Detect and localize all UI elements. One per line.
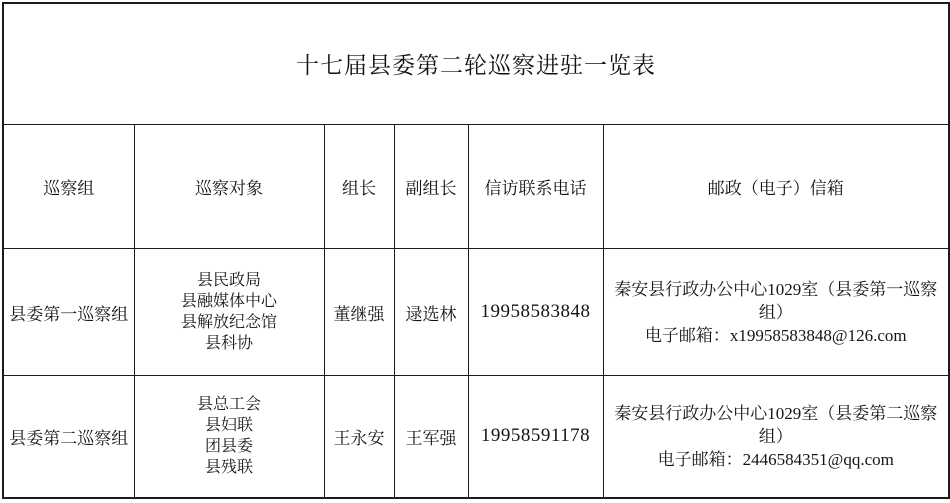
col-header-deputy: 副组长 [394,124,468,249]
target-line: 县民政局 [138,270,321,291]
target-line: 县妇联 [138,415,321,436]
target-line: 县总工会 [138,394,321,415]
col-header-target: 巡察对象 [134,124,324,249]
cell-phone: 19958583848 [468,249,603,376]
cell-group: 县委第一巡察组 [3,249,134,376]
target-line: 县科协 [138,333,321,354]
mailbox-email: 电子邮箱：2446584351@qq.com [607,448,946,471]
target-line: 县残联 [138,457,321,478]
cell-leader: 王永安 [324,375,394,498]
title-row: 十七届县委第二轮巡察进驻一览表 [3,3,949,124]
col-header-group: 巡察组 [3,124,134,249]
page-title: 十七届县委第二轮巡察进驻一览表 [3,3,949,124]
cell-phone: 19958591178 [468,375,603,498]
cell-leader: 董继强 [324,249,394,376]
table-row: 县委第二巡察组 县总工会 县妇联 团县委 县残联 王永安 王军强 1995859… [3,375,949,498]
mailbox-email: 电子邮箱：x19958583848@126.com [607,324,946,347]
cell-targets: 县民政局 县融媒体中心 县解放纪念馆 县科协 [134,249,324,376]
col-header-phone: 信访联系电话 [468,124,603,249]
col-header-mailbox: 邮政（电子）信箱 [603,124,949,249]
col-header-leader: 组长 [324,124,394,249]
inspection-list-document: 十七届县委第二轮巡察进驻一览表 巡察组 巡察对象 组长 副组长 信访联系电话 邮… [0,2,950,503]
mailbox-address: 秦安县行政办公中心1029室（县委第一巡察组） [607,278,946,324]
inspection-table: 十七届县委第二轮巡察进驻一览表 巡察组 巡察对象 组长 副组长 信访联系电话 邮… [2,2,950,499]
target-line: 县融媒体中心 [138,291,321,312]
cell-deputy: 王军强 [394,375,468,498]
cell-targets: 县总工会 县妇联 团县委 县残联 [134,375,324,498]
cell-mailbox: 秦安县行政办公中心1029室（县委第一巡察组） 电子邮箱：x1995858384… [603,249,949,376]
header-row: 巡察组 巡察对象 组长 副组长 信访联系电话 邮政（电子）信箱 [3,124,949,249]
mailbox-address: 秦安县行政办公中心1029室（县委第二巡察组） [607,402,946,448]
target-line: 团县委 [138,436,321,457]
cell-deputy: 逯选林 [394,249,468,376]
table-row: 县委第一巡察组 县民政局 县融媒体中心 县解放纪念馆 县科协 董继强 逯选林 1… [3,249,949,376]
cell-mailbox: 秦安县行政办公中心1029室（县委第二巡察组） 电子邮箱：2446584351@… [603,375,949,498]
target-line: 县解放纪念馆 [138,312,321,333]
cell-group: 县委第二巡察组 [3,375,134,498]
